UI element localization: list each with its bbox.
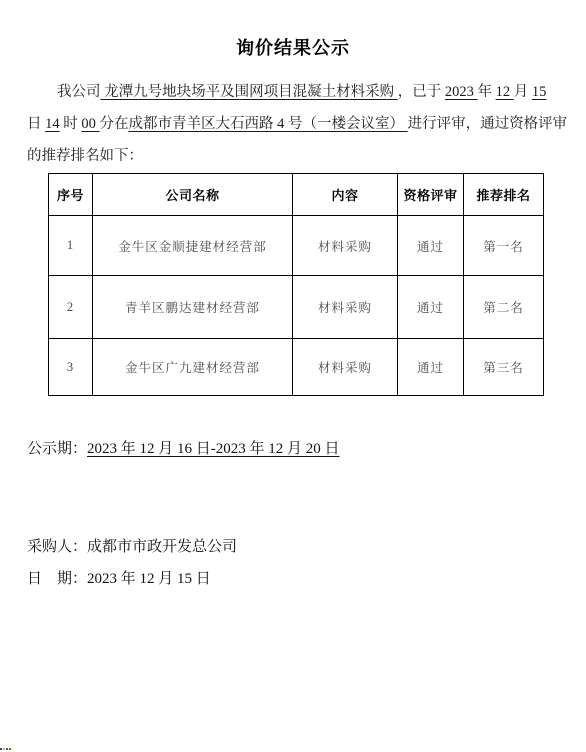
table-row: 1金牛区金顺捷建材经营部材料采购通过第一名: [49, 216, 544, 276]
intro-underlined-text: 2023: [445, 84, 478, 100]
intro-paragraph: 我公司 龙潭九号地块场平及围网项目混凝土材料采购 ，已于 2023 年 12 月…: [27, 76, 562, 172]
artifact-dot: [6, 748, 8, 750]
intro-text: 分在: [100, 116, 129, 132]
table-cell: 通过: [398, 216, 464, 276]
header-cell: 内容: [293, 174, 398, 216]
intro-text: 进行评审，通过资格评审: [408, 116, 568, 132]
page-title: 询价结果公示: [0, 34, 586, 60]
artifact-dot: [3, 748, 5, 750]
publicity-period-value: 2023 年 12 月 16 日-2023 年 12 月 20 日: [87, 441, 340, 457]
header-row: 序号公司名称内容资格评审推荐排名: [49, 174, 544, 216]
result-table: 序号公司名称内容资格评审推荐排名 1金牛区金顺捷建材经营部材料采购通过第一名2青…: [48, 173, 544, 396]
purchaser-value: 成都市市政开发总公司: [87, 539, 237, 555]
table-cell: 材料采购: [293, 276, 398, 339]
header-cell: 序号: [49, 174, 93, 216]
intro-underlined-text: 00: [81, 116, 99, 132]
table-row: 2青羊区鹏达建材经营部材料采购通过第二名: [49, 276, 544, 339]
table-row: 3金牛区广九建材经营部材料采购通过第三名: [49, 339, 544, 396]
table-cell: 1: [49, 216, 93, 276]
artifact-dot: [0, 748, 2, 750]
intro-text: 我公司: [57, 84, 101, 100]
date-label: 日 期：: [27, 571, 87, 587]
purchaser-label: 采购人：: [27, 539, 87, 555]
publicity-period-line: 公示期：2023 年 12 月 16 日-2023 年 12 月 20 日: [27, 437, 340, 458]
table-cell: 材料采购: [293, 339, 398, 396]
date-line: 日 期：2023 年 12 月 15 日: [27, 567, 211, 588]
table-cell: 通过: [398, 276, 464, 339]
intro-text: ，已于: [398, 84, 445, 100]
intro-line: 我公司 龙潭九号地块场平及围网项目混凝土材料采购 ，已于 2023 年 12 月…: [27, 76, 562, 108]
intro-text: 月: [514, 84, 532, 100]
publicity-period-label: 公示期：: [27, 441, 87, 457]
intro-line: 的推荐排名如下：: [27, 140, 562, 172]
table-cell: 2: [49, 276, 93, 339]
intro-line: 日 14 时 00 分在成都市青羊区大石西路 4 号（一楼会议室） 进行评审，通…: [27, 108, 562, 140]
table-cell: 通过: [398, 339, 464, 396]
purchaser-line: 采购人：成都市市政开发总公司: [27, 535, 237, 556]
table-cell: 青羊区鹏达建材经营部: [93, 276, 293, 339]
result-table-header: 序号公司名称内容资格评审推荐排名: [49, 174, 544, 216]
table-cell: 金牛区金顺捷建材经营部: [93, 216, 293, 276]
table-cell: 3: [49, 339, 93, 396]
scan-artifact: [0, 748, 12, 751]
intro-underlined-text: 15: [532, 84, 547, 100]
intro-underlined-text: 成都市青羊区大石西路 4 号（一楼会议室）: [129, 116, 408, 132]
intro-underlined-text: 12: [496, 84, 514, 100]
intro-text: 年: [478, 84, 496, 100]
header-cell: 资格评审: [398, 174, 464, 216]
intro-text: 的推荐排名如下：: [27, 148, 143, 164]
table-cell: 第二名: [464, 276, 544, 339]
result-table-body: 1金牛区金顺捷建材经营部材料采购通过第一名2青羊区鹏达建材经营部材料采购通过第二…: [49, 216, 544, 396]
intro-underlined-text: 14: [45, 116, 60, 132]
intro-text: 日: [27, 116, 45, 132]
table-cell: 第三名: [464, 339, 544, 396]
table-cell: 材料采购: [293, 216, 398, 276]
header-cell: 公司名称: [93, 174, 293, 216]
document-page: 询价结果公示 我公司 龙潭九号地块场平及围网项目混凝土材料采购 ，已于 2023…: [0, 0, 586, 752]
artifact-dot: [9, 748, 11, 750]
table-cell: 金牛区广九建材经营部: [93, 339, 293, 396]
intro-text: 时: [60, 116, 82, 132]
table-cell: 第一名: [464, 216, 544, 276]
date-value: 2023 年 12 月 15 日: [87, 571, 211, 587]
intro-underlined-text: 龙潭九号地块场平及围网项目混凝土材料采购: [101, 84, 398, 100]
header-cell: 推荐排名: [464, 174, 544, 216]
